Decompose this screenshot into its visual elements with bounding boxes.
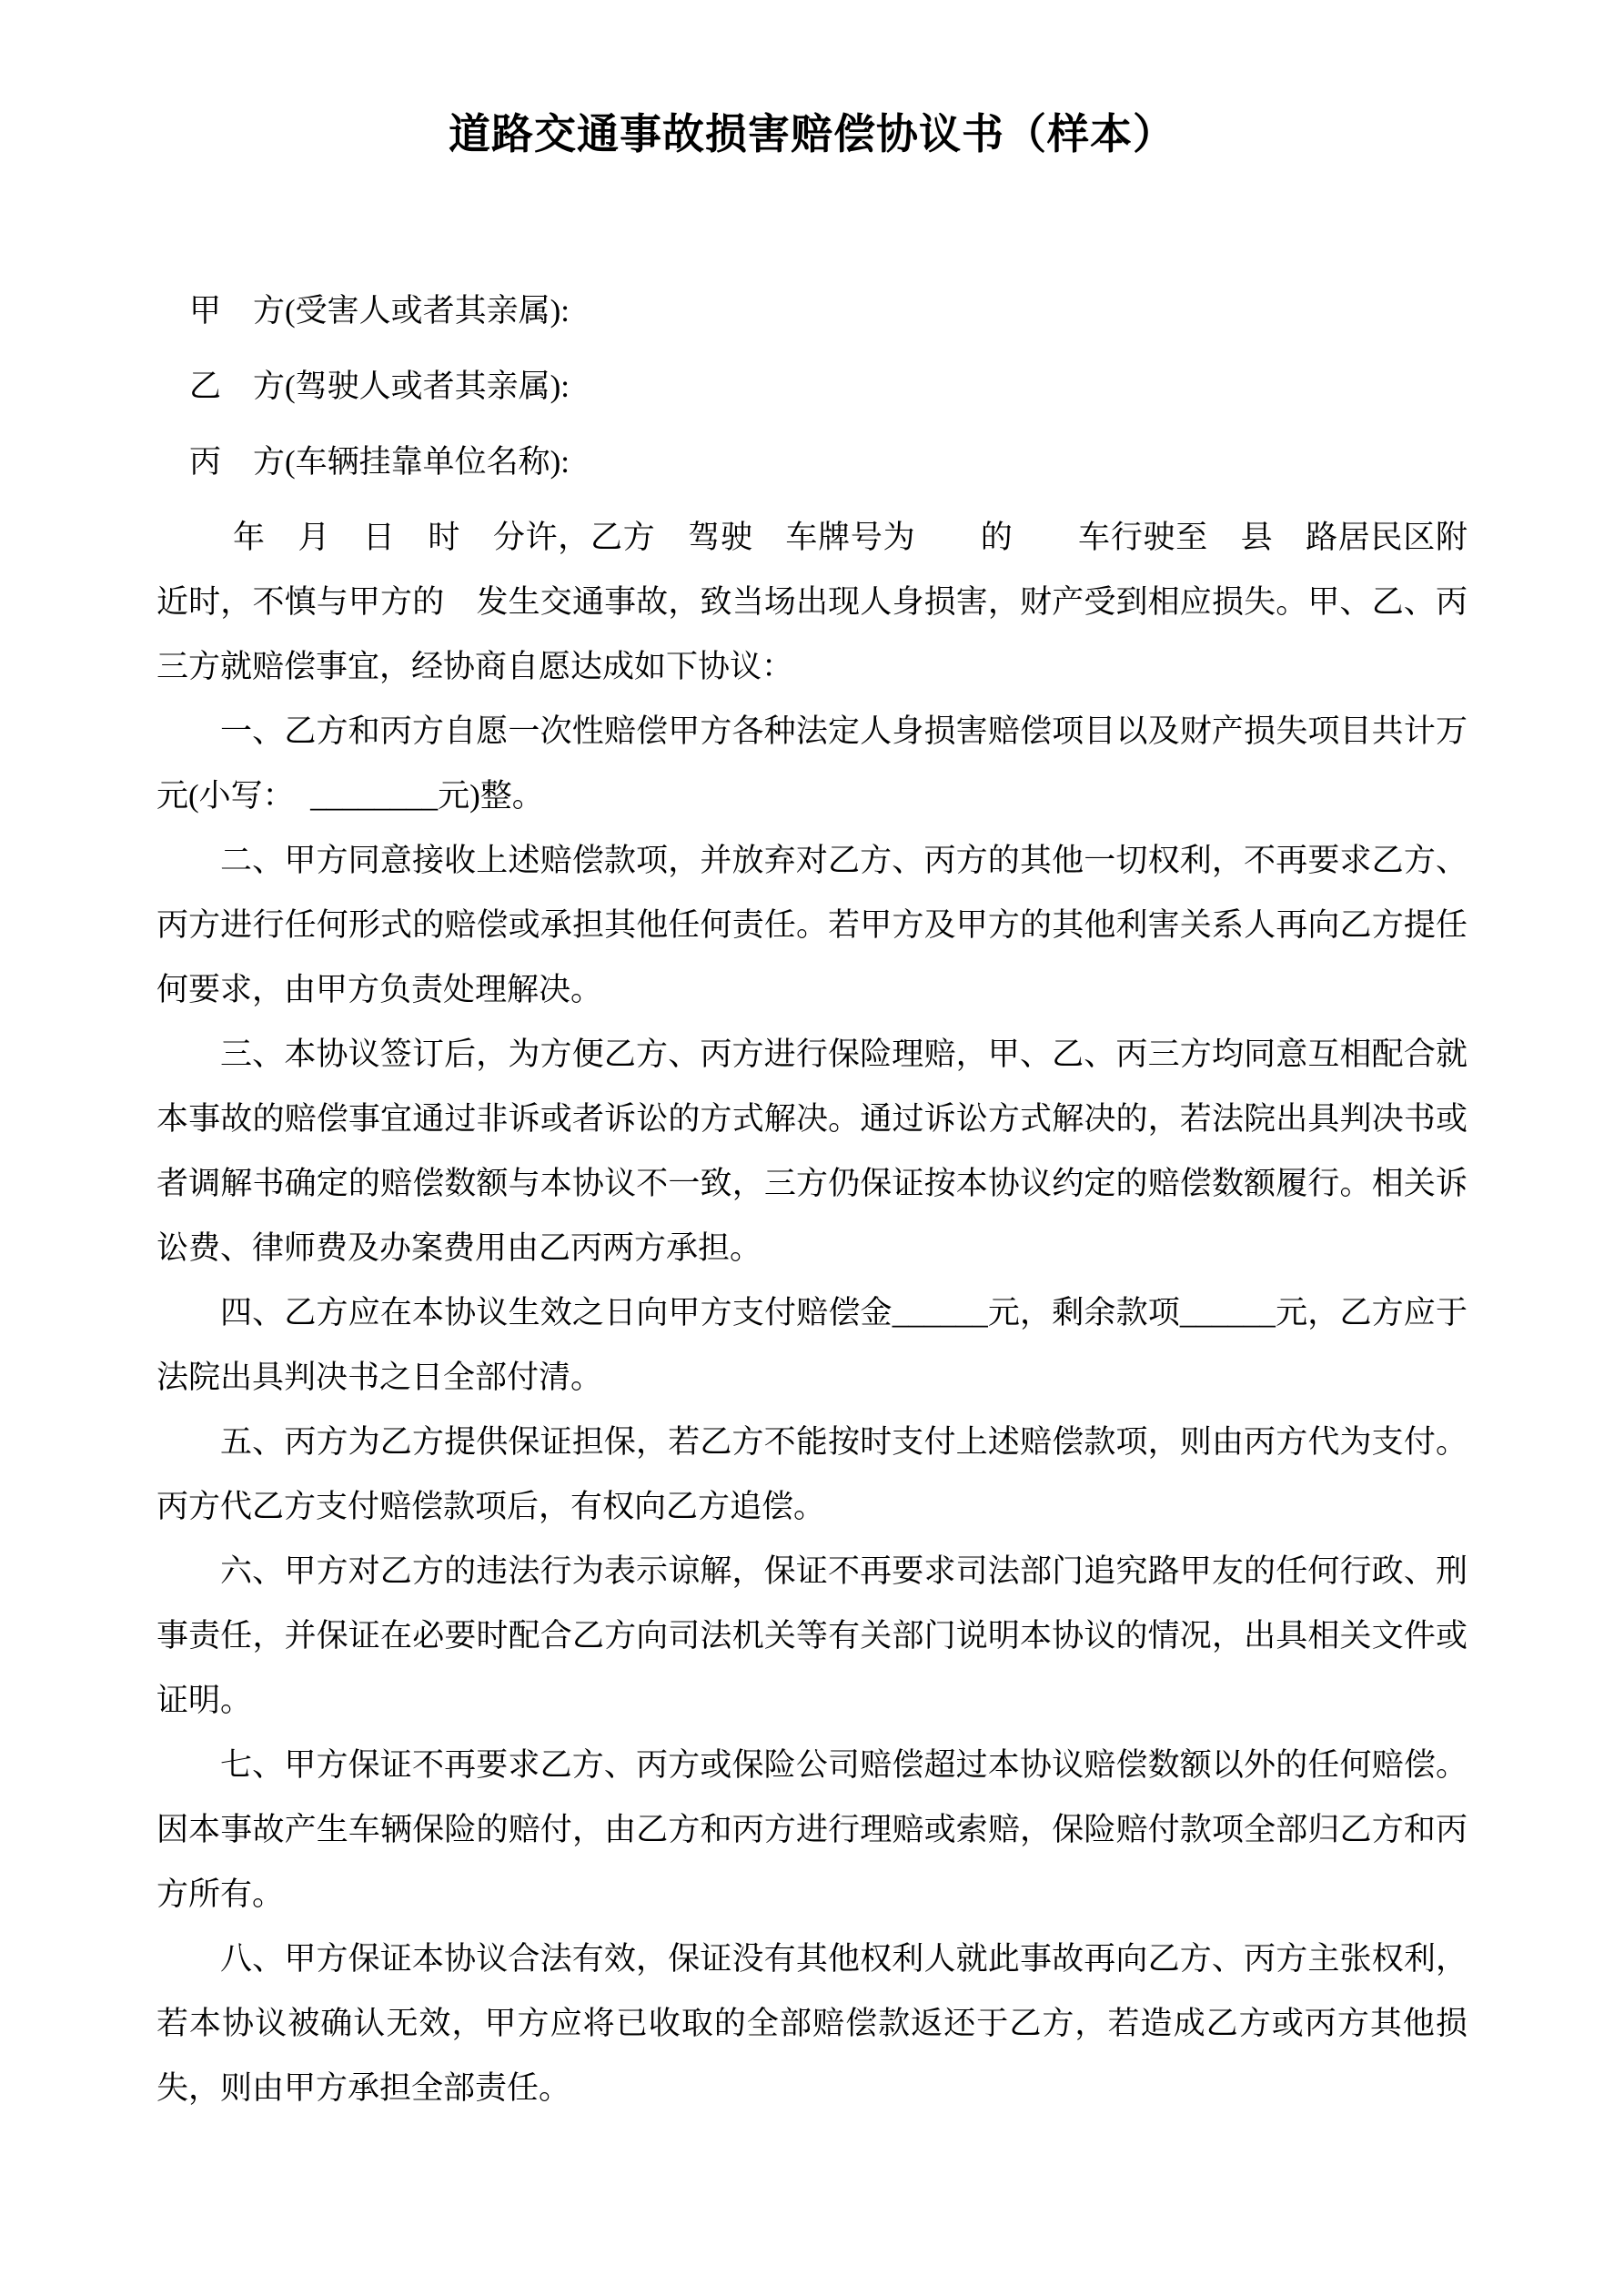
clause-5: 五、丙方为乙方提供保证担保，若乙方不能按时支付上述赔偿款项，则由丙方代为支付。丙… [156, 1410, 1468, 1539]
party-line-jia: 甲 方(受害人或者其亲属): [156, 278, 1468, 344]
clause-8: 八、甲方保证本协议合法有效，保证没有其他权利人就此事故再向乙方、丙方主张权利，若… [156, 1927, 1468, 2120]
party-line-yi: 乙 方(驾驶人或者其亲属): [156, 354, 1468, 420]
clause-6: 六、甲方对乙方的违法行为表示谅解，保证不再要求司法部门追究路甲友的任何行政、刑事… [156, 1539, 1468, 1733]
party-line-bing: 丙 方(车辆挂靠单位名称): [156, 430, 1468, 495]
document-title: 道路交通事故损害赔偿协议书（样本） [156, 107, 1468, 162]
clause-2: 二、甲方同意接收上述赔偿款项，并放弃对乙方、丙方的其他一切权利，不再要求乙方、丙… [156, 828, 1468, 1022]
clause-1: 一、乙方和丙方自愿一次性赔偿甲方各种法定人身损害赔偿项目以及财产损失项目共计万元… [156, 699, 1468, 828]
intro-paragraph: 年 月 日 时 分许，乙方 驾驶 车牌号为 的 车行驶至 县 路居民区附近时，不… [156, 505, 1468, 699]
clause-4: 四、乙方应在本协议生效之日向甲方支付赔偿金______元，剩余款项______元… [156, 1280, 1468, 1410]
document-page: 道路交通事故损害赔偿协议书（样本） 甲 方(受害人或者其亲属): 乙 方(驾驶人… [0, 0, 1624, 2296]
clause-7: 七、甲方保证不再要求乙方、丙方或保险公司赔偿超过本协议赔偿数额以外的任何赔偿。因… [156, 1733, 1468, 1927]
clause-3: 三、本协议签订后，为方便乙方、丙方进行保险理赔，甲、乙、丙三方均同意互相配合就本… [156, 1022, 1468, 1280]
